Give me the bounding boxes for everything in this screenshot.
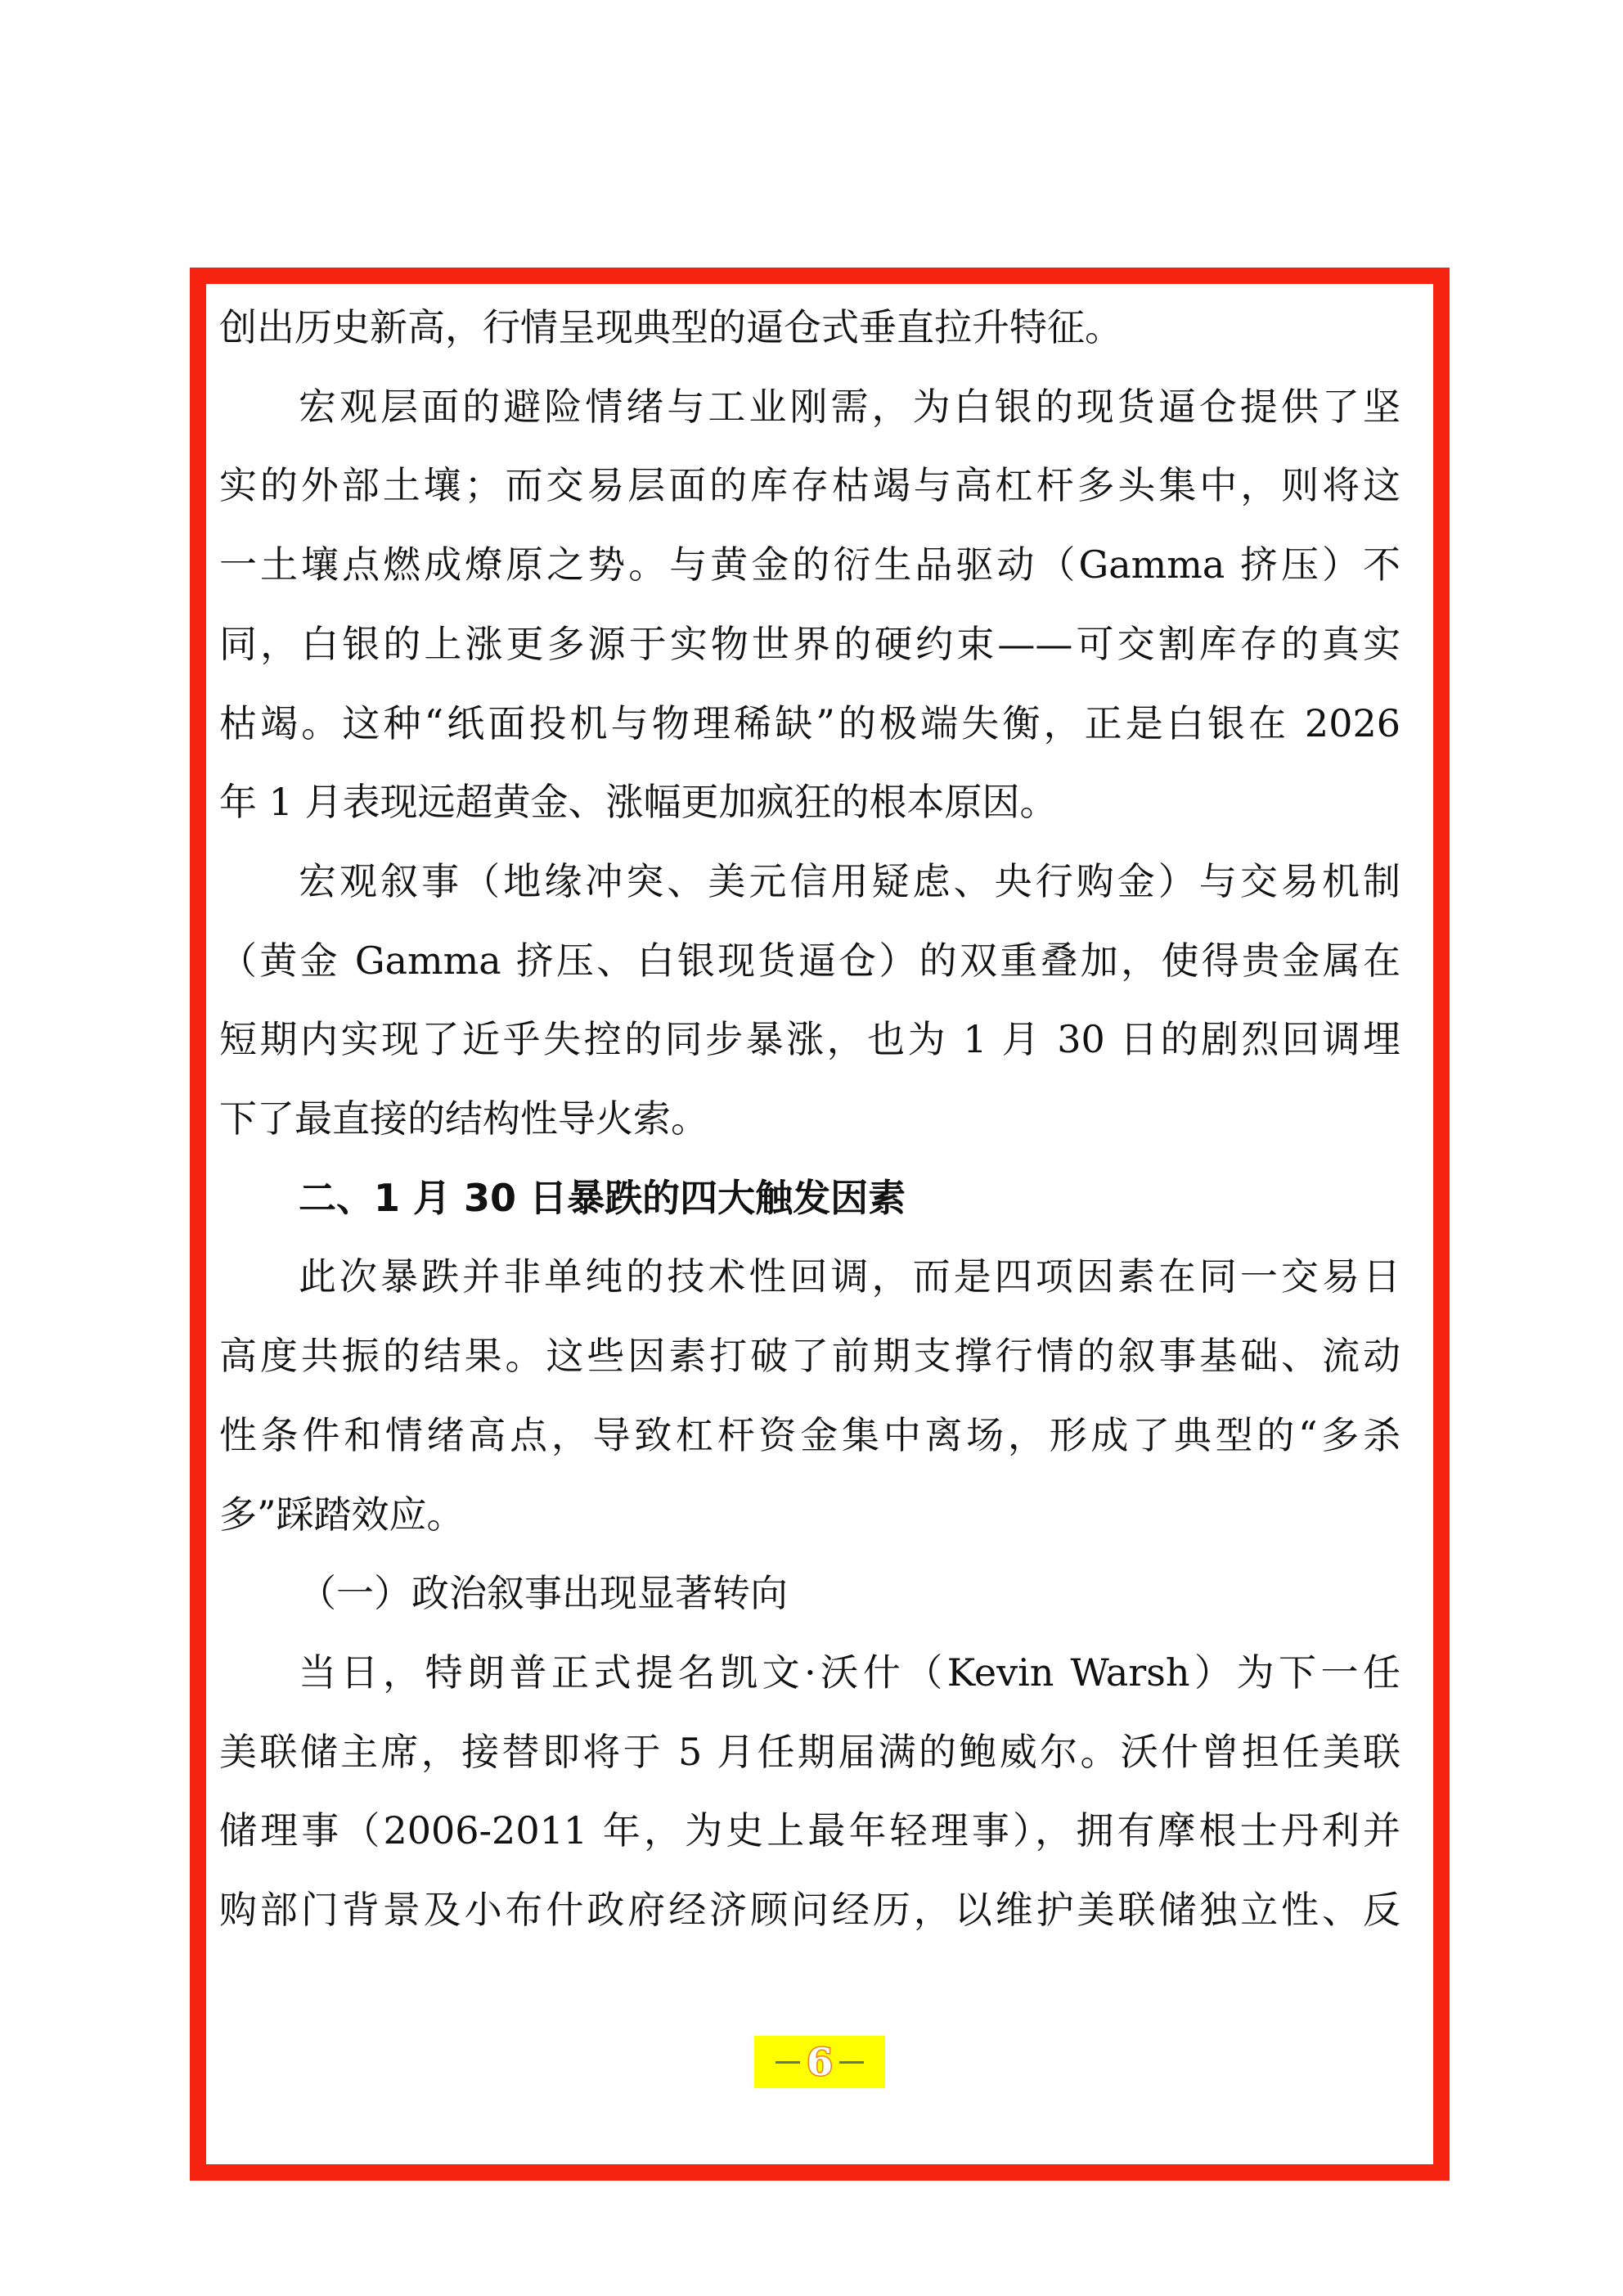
page-number: 6 — [807, 2043, 833, 2081]
page-number-badge: 6 — [754, 2036, 885, 2088]
body-text-line: 实的外部土壤；而交易层面的库存枯竭与高杠杆多头集中，则将这 — [219, 461, 1400, 510]
body-text-line: 储理事（2006-2011 年，为史上最年轻理事），拥有摩根士丹利并 — [219, 1806, 1400, 1855]
body-text-line: 一土壤点燃成燎原之势。与黄金的衍生品驱动（Gamma 挤压）不 — [219, 540, 1400, 589]
page-number-dash-right — [839, 2061, 864, 2064]
body-text-line: 年 1 月表现远超黄金、涨幅更加疯狂的根本原因。 — [219, 777, 1400, 826]
body-text-line: 同，白银的上涨更多源于实物世界的硬约束——可交割库存的真实 — [219, 619, 1400, 669]
body-text-line: （黄金 Gamma 挤压、白银现货逼仓）的双重叠加，使得贵金属在 — [219, 936, 1400, 985]
body-text-line: 宏观层面的避险情绪与工业刚需，为白银的现货逼仓提供了坚 — [299, 382, 1400, 431]
body-text-line: 短期内实现了近乎失控的同步暴涨，也为 1 月 30 日的剧烈回调埋 — [219, 1015, 1400, 1064]
body-text-line: 多”踩踏效应。 — [219, 1490, 1400, 1539]
body-text-line: 购部门背景及小布什政府经济顾问经历，以维护美联储独立性、反 — [219, 1885, 1400, 1934]
section-heading: 二、1 月 30 日暴跌的四大触发因素 — [299, 1173, 1400, 1222]
body-text-line: 创出历史新高，行情呈现典型的逼仓式垂直拉升特征。 — [219, 303, 1400, 352]
body-text-line: 枯竭。这种“纸面投机与物理稀缺”的极端失衡，正是白银在 2026 — [219, 699, 1400, 748]
body-text-line: 下了最直接的结构性导火索。 — [219, 1094, 1400, 1143]
body-text-line: 宏观叙事（地缘冲突、美元信用疑虑、央行购金）与交易机制 — [299, 857, 1400, 906]
body-text-line: 美联储主席，接替即将于 5 月任期届满的鲍威尔。沃什曾担任美联 — [219, 1727, 1400, 1776]
page-number-dash-left — [776, 2061, 800, 2064]
body-text-line: 此次暴跌并非单纯的技术性回调，而是四项因素在同一交易日 — [299, 1252, 1400, 1301]
body-text-line: 高度共振的结果。这些因素打破了前期支撑行情的叙事基础、流动 — [219, 1331, 1400, 1380]
body-text-line: 当日，特朗普正式提名凯文·沃什（Kevin Warsh）为下一任 — [299, 1648, 1400, 1697]
subsection-heading: （一）政治叙事出现显著转向 — [299, 1569, 1400, 1618]
body-text-line: 性条件和情绪高点，导致杠杆资金集中离场，形成了典型的“多杀 — [219, 1411, 1400, 1460]
